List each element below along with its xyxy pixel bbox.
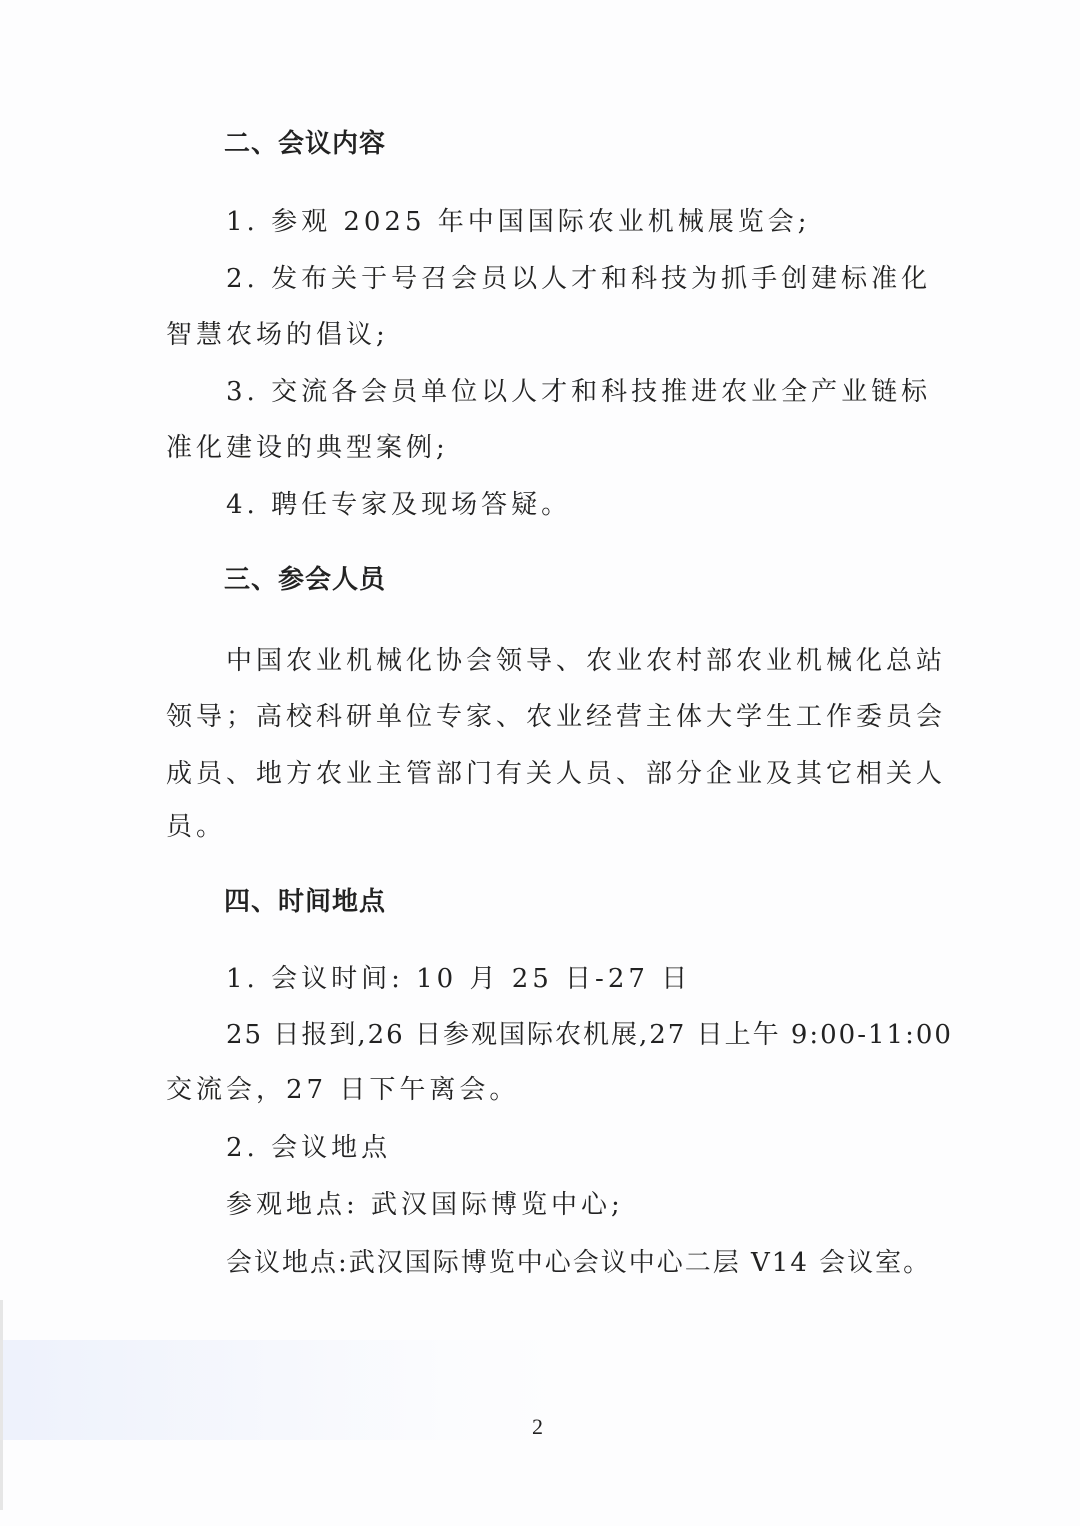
page-edge xyxy=(0,1300,3,1510)
document-page: 二、会议内容 1. 参观 2025 年中国国际农业机械展览会; 2. 发布关于号… xyxy=(0,0,1080,1526)
content-item-4: 4. 聘任专家及现场答疑。 xyxy=(226,488,571,522)
section-heading-attendees: 三、参会人员 xyxy=(224,563,386,597)
meeting-time-detail: 25 日报到,26 日参观国际农机展,27 日上午 9:00-11:00 xyxy=(226,1018,953,1052)
section-heading-time-place: 四、时间地点 xyxy=(224,885,386,919)
content-item-2: 2. 发布关于号召会员以人才和科技为抓手创建标准化 xyxy=(226,262,931,296)
content-item-1: 1. 参观 2025 年中国国际农业机械展览会; xyxy=(226,205,811,239)
content-item-2-cont: 智慧农场的倡议; xyxy=(166,318,389,352)
attendees-paragraph-line-4: 员。 xyxy=(166,810,226,844)
meeting-time-label: 1. 会议时间: 10 月 25 日-27 日 xyxy=(226,962,691,996)
page-number: 2 xyxy=(532,1413,543,1441)
scan-tint xyxy=(0,1340,560,1440)
meeting-place-label: 2. 会议地点 xyxy=(226,1131,391,1165)
section-heading-content: 二、会议内容 xyxy=(224,127,386,161)
visit-location: 参观地点: 武汉国际博览中心; xyxy=(226,1188,624,1222)
attendees-paragraph-line-1: 中国农业机械化协会领导、农业农村部农业机械化总站 xyxy=(226,644,946,678)
content-item-3-cont: 准化建设的典型案例; xyxy=(166,431,449,465)
content-item-3: 3. 交流各会员单位以人才和科技推进农业全产业链标 xyxy=(226,375,931,409)
attendees-paragraph-line-3: 成员、地方农业主管部门有关人员、部分企业及其它相关人 xyxy=(166,757,946,791)
meeting-time-detail-cont: 交流会，27 日下午离会。 xyxy=(166,1073,519,1107)
meeting-location: 会议地点:武汉国际博览中心会议中心二层 V14 会议室。 xyxy=(226,1246,931,1280)
attendees-paragraph-line-2: 领导；高校科研单位专家、农业经营主体大学生工作委员会 xyxy=(166,700,946,734)
